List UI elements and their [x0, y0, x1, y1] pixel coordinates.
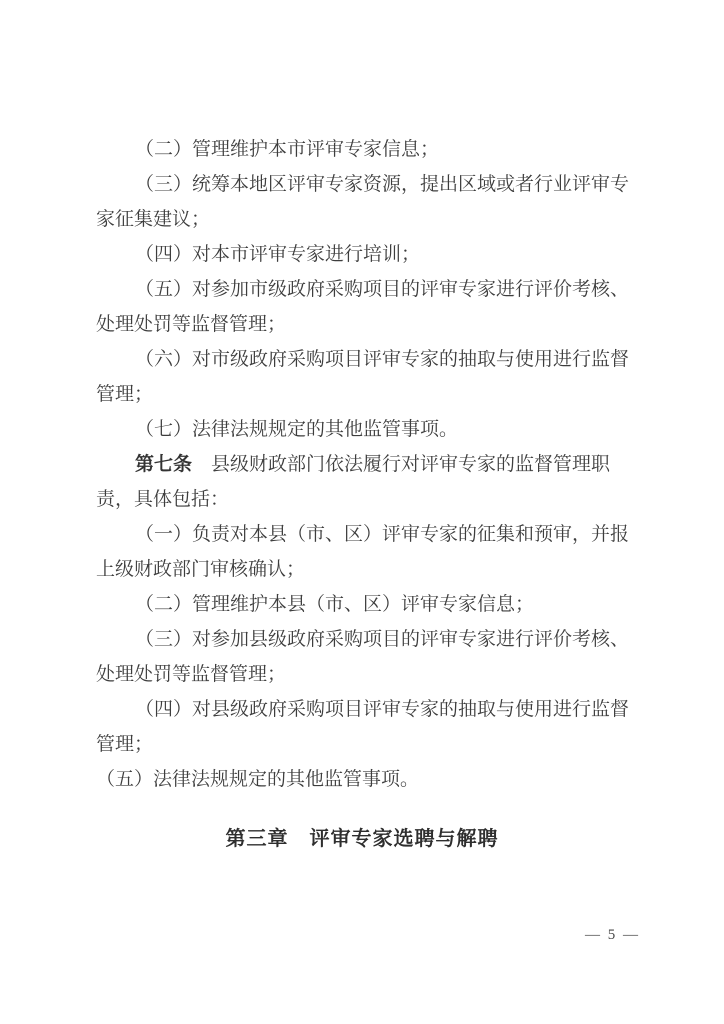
- body-line: （二）管理维护本县（市、区）评审专家信息；: [96, 587, 630, 622]
- body-line-text: 处理处罚等监督管理；: [96, 314, 286, 335]
- body-line-text: 管理；: [96, 734, 153, 755]
- body-line-text: 责，具体包括：: [96, 489, 229, 510]
- body-line-text: （五）对参加市级政府采购项目的评审专家进行评价考核、: [135, 279, 629, 300]
- body-line-text: （三）统筹本地区评审专家资源，提出区域或者行业评审专: [135, 174, 629, 195]
- body-line-text: （七）法律法规规定的其他监管事项。: [135, 419, 458, 440]
- body-line: 管理；: [96, 377, 630, 412]
- body-line-text: （四）对县级政府采购项目评审专家的抽取与使用进行监督: [135, 699, 629, 720]
- body-line: 处理处罚等监督管理；: [96, 307, 630, 342]
- body-line: 上级财政部门审核确认；: [96, 552, 630, 587]
- body-line-text: 处理处罚等监督管理；: [96, 664, 286, 685]
- body-line: （四）对县级政府采购项目评审专家的抽取与使用进行监督: [96, 692, 630, 727]
- body-line: （三）对参加县级政府采购项目的评审专家进行评价考核、: [96, 622, 630, 657]
- chapter-heading: 第三章 评审专家选聘与解聘: [0, 822, 724, 857]
- body-line: （七）法律法规规定的其他监管事项。: [96, 412, 630, 447]
- body-line-text: （一）负责对本县（市、区）评审专家的征集和预审，并报: [135, 524, 629, 545]
- body-line: （四）对本市评审专家进行培训；: [96, 237, 630, 272]
- body-line-text: （五）法律法规规定的其他监管事项。: [96, 769, 419, 790]
- body-line: （一）负责对本县（市、区）评审专家的征集和预审，并报: [96, 517, 630, 552]
- body-line: （三）统筹本地区评审专家资源，提出区域或者行业评审专: [96, 167, 630, 202]
- body-line-text: 家征集建议；: [96, 209, 210, 230]
- body-line: 管理；: [96, 727, 630, 762]
- body-line: （五）对参加市级政府采购项目的评审专家进行评价考核、: [96, 272, 630, 307]
- body-line-text: （六）对市级政府采购项目评审专家的抽取与使用进行监督: [135, 349, 629, 370]
- body-line: 家征集建议；: [96, 202, 630, 237]
- body-line: （二）管理维护本市评审专家信息；: [96, 132, 630, 167]
- body-line: 第七条县级财政部门依法履行对评审专家的监督管理职: [96, 447, 630, 482]
- document-body: （二）管理维护本市评审专家信息；（三）统筹本地区评审专家资源，提出区域或者行业评…: [96, 132, 630, 797]
- page-number: — 5 —: [585, 926, 640, 944]
- body-line-text: 县级财政部门依法履行对评审专家的监督管理职: [211, 454, 610, 475]
- article-number-label: 第七条: [135, 454, 192, 475]
- body-line-text: 管理；: [96, 384, 153, 405]
- body-line-text: （四）对本市评审专家进行培训；: [135, 244, 420, 265]
- body-line: 责，具体包括：: [96, 482, 630, 517]
- body-line-text: 上级财政部门审核确认；: [96, 559, 305, 580]
- body-line: （五）法律法规规定的其他监管事项。: [96, 762, 630, 797]
- body-line-text: （三）对参加县级政府采购项目的评审专家进行评价考核、: [135, 629, 629, 650]
- body-line: （六）对市级政府采购项目评审专家的抽取与使用进行监督: [96, 342, 630, 377]
- body-line: 处理处罚等监督管理；: [96, 657, 630, 692]
- body-line-text: （二）管理维护本市评审专家信息；: [135, 139, 439, 160]
- document-page: （二）管理维护本市评审专家信息；（三）统筹本地区评审专家资源，提出区域或者行业评…: [0, 0, 724, 1024]
- body-line-text: （二）管理维护本县（市、区）评审专家信息；: [135, 594, 534, 615]
